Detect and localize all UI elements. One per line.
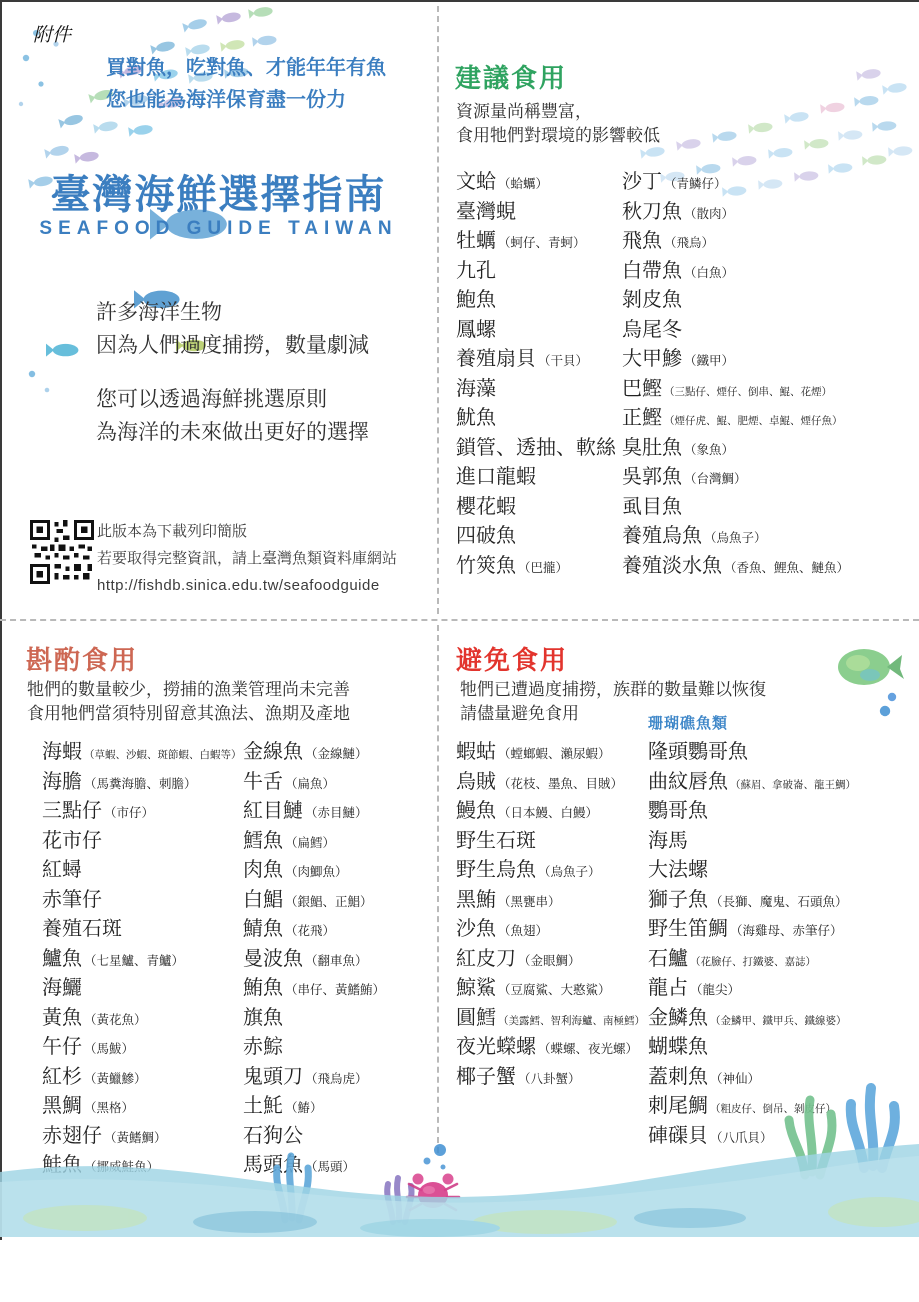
list-item: 烏賊（花枝、墨魚、目賊） — [456, 768, 645, 798]
paragraph-line: 因為人們過度捕撈，數量劇減 — [96, 329, 369, 362]
species-name: 烏賊 — [456, 771, 496, 793]
species-name: 野生石斑 — [456, 830, 536, 852]
species-name: 蝦蛄 — [456, 741, 496, 763]
species-name: 野生烏魚 — [456, 859, 536, 881]
species-name: 巴鰹 — [622, 378, 662, 400]
species-name: 四破魚 — [456, 525, 516, 547]
section-desc-recommended: 資源量尚稱豐富， 食用牠們對環境的影響較低 — [456, 100, 660, 148]
intro-line1: 買對魚，吃對魚、才能年年有魚 — [106, 52, 386, 84]
list-item: 養殖烏魚（烏魚子） — [622, 522, 849, 552]
list-item: 金線魚（金線鰱） — [243, 738, 385, 768]
species-name: 旗魚 — [243, 1007, 283, 1029]
list-item: 鎖管、透抽、軟絲 — [456, 434, 618, 464]
species-name: 秋刀魚 — [622, 201, 682, 223]
list-item: 蝴蝶魚 — [648, 1033, 856, 1063]
species-alias: （煙仔虎、鯤、肥煙、卓鯤、煙仔魚） — [664, 415, 843, 427]
desc-line: 牠們已遭過度捕撈，族群的數量難以恢復 — [460, 678, 766, 702]
species-name: 赤鯮 — [243, 1036, 283, 1058]
species-name: 正鰹 — [622, 407, 662, 429]
species-alias: （赤目鰱） — [305, 806, 368, 820]
species-alias: （豆腐鯊、大憨鯊） — [498, 983, 611, 997]
species-name: 午仔 — [42, 1036, 82, 1058]
list-item: 養殖石斑 — [42, 915, 242, 945]
species-alias: （美露鱈、智利海鱸、南極鱈） — [498, 1015, 645, 1027]
page-subtitle: SEAFOOD GUIDE TAIWAN — [0, 218, 437, 240]
section-desc-moderate: 牠們的數量較少，撈捕的漁業管理尚未完善 食用牠們當須特別留意其漁法、漁期及產地 — [27, 678, 350, 726]
species-alias: （肉鯽魚） — [285, 865, 348, 879]
avoid-column-1: 蝦蛄（螳螂蝦、瀨尿蝦） 烏賊（花枝、墨魚、目賊） 鰻魚（日本鰻、白鰻） 野生石斑… — [456, 738, 645, 1092]
list-item: 虱目魚 — [622, 493, 849, 523]
paragraph-line: 您可以透過海鮮挑選原則 — [96, 383, 369, 416]
list-item: 烏尾冬 — [622, 316, 849, 346]
species-name: 剝皮魚 — [622, 289, 682, 311]
list-item: 白帶魚（白魚） — [622, 257, 849, 287]
list-item: 海膽（馬糞海膽、刺膽） — [42, 768, 242, 798]
list-item: 大法螺 — [648, 856, 856, 886]
species-name: 櫻花蝦 — [456, 496, 516, 518]
desc-line: 資源量尚稱豐富， — [456, 100, 660, 124]
list-item: 曲紋唇魚（蘇眉、拿破崙、龍王鯛） — [648, 768, 856, 798]
species-name: 吳郭魚 — [622, 466, 682, 488]
species-name: 海蝦 — [42, 741, 82, 763]
species-name: 海藻 — [456, 378, 496, 400]
list-item: 沙魚（魚翅） — [456, 915, 645, 945]
divider-horizontal — [0, 619, 919, 621]
list-item: 午仔（馬鮁） — [42, 1033, 242, 1063]
divider-vertical-bottom — [437, 625, 439, 1153]
species-alias: （龍尖） — [690, 983, 740, 997]
species-name: 沙丁 — [622, 171, 662, 193]
divider-vertical-top — [437, 6, 439, 614]
list-item: 金鱗魚（金鱗甲、鐵甲兵、鐵線婆） — [648, 1004, 856, 1034]
species-alias: （金鱗甲、鐵甲兵、鐵線婆） — [710, 1015, 847, 1027]
desc-line: 食用牠們當須特別留意其漁法、漁期及產地 — [27, 702, 350, 726]
list-item: 鰻魚（日本鰻、白鰻） — [456, 797, 645, 827]
list-item: 海馬 — [648, 827, 856, 857]
attachment-label: 附件 — [33, 20, 71, 47]
species-name: 沙魚 — [456, 918, 496, 940]
species-name: 牡蠣 — [456, 230, 496, 252]
list-item: 文蛤（蛤蠣） — [456, 168, 618, 198]
species-name: 鱸魚 — [42, 948, 82, 970]
species-alias: （巴攏） — [518, 561, 568, 575]
list-item: 吳郭魚（台灣鯛） — [622, 463, 849, 493]
species-name: 鎖管、透抽、軟絲 — [456, 437, 616, 459]
list-item: 飛魚（飛烏） — [622, 227, 849, 257]
list-item: 臭肚魚（象魚） — [622, 434, 849, 464]
species-name: 野生笛鯛 — [648, 918, 728, 940]
list-item: 養殖扇貝（干貝） — [456, 345, 618, 375]
list-item: 九孔 — [456, 257, 618, 287]
species-alias: （馬糞海膽、刺膽） — [84, 777, 197, 791]
species-alias: （金眼鯛） — [518, 954, 581, 968]
species-name: 曲紋唇魚 — [648, 771, 728, 793]
species-alias: （花飛） — [285, 924, 335, 938]
species-name: 牛舌 — [243, 771, 283, 793]
list-item: 鮪魚（串仔、黃鰭鮪） — [243, 974, 385, 1004]
list-item: 鯨鯊（豆腐鯊、大憨鯊） — [456, 974, 645, 1004]
list-item: 蝦蛄（螳螂蝦、瀨尿蝦） — [456, 738, 645, 768]
species-alias: （烏魚子） — [538, 865, 601, 879]
species-name: 鳳螺 — [456, 319, 496, 341]
list-item: 牡蠣（蚵仔、青蚵） — [456, 227, 618, 257]
recommended-column-2: 沙丁（青鱗仔） 秋刀魚（散肉） 飛魚（飛烏） 白帶魚（白魚） 剝皮魚 烏尾冬 大… — [622, 168, 849, 581]
list-item: 鱈魚（扁鱈） — [243, 827, 385, 857]
species-name: 魷魚 — [456, 407, 496, 429]
species-alias: （日本鰻、白鰻） — [498, 806, 598, 820]
list-item: 圓鱈（美露鱈、智利海鱸、南極鱈） — [456, 1004, 645, 1034]
list-item: 旗魚 — [243, 1004, 385, 1034]
list-item: 紅蟳 — [42, 856, 242, 886]
green-fish-icon — [830, 645, 915, 730]
species-alias: （扁鱈） — [285, 836, 335, 850]
recommended-column-1: 文蛤（蛤蠣） 臺灣蜆 牡蠣（蚵仔、青蚵） 九孔 鮑魚 鳳螺 養殖扇貝（干貝） 海… — [456, 168, 618, 581]
species-name: 紅皮刀 — [456, 948, 516, 970]
list-item: 獅子魚（長獅、魔鬼、石頭魚） — [648, 886, 856, 916]
intro-paragraph-2: 您可以透過海鮮挑選原則 為海洋的未來做出更好的選擇 — [96, 383, 369, 449]
list-item: 肉魚（肉鯽魚） — [243, 856, 385, 886]
list-item: 赤鯮 — [243, 1033, 385, 1063]
species-alias: （象魚） — [684, 443, 734, 457]
list-item: 花市仔 — [42, 827, 242, 857]
species-alias: （馬鮁） — [84, 1042, 134, 1056]
species-name: 九孔 — [456, 260, 496, 282]
list-item: 魷魚 — [456, 404, 618, 434]
list-item: 隆頭鸚哥魚 — [648, 738, 856, 768]
list-item: 紅目鰱（赤目鰱） — [243, 797, 385, 827]
species-name: 赤筆仔 — [42, 889, 102, 911]
list-item: 白鯧（銀鯧、正鯧） — [243, 886, 385, 916]
list-item: 秋刀魚（散肉） — [622, 198, 849, 228]
section-title-avoid: 避免食用 — [456, 640, 568, 677]
list-item: 進口龍蝦 — [456, 463, 618, 493]
species-name: 鯖魚 — [243, 918, 283, 940]
species-alias: （台灣鯛） — [684, 472, 747, 486]
species-name: 養殖石斑 — [42, 918, 122, 940]
species-name: 鱈魚 — [243, 830, 283, 852]
list-item: 夜光蠑螺（蝶螺、夜光螺） — [456, 1033, 645, 1063]
species-name: 紅目鰱 — [243, 800, 303, 822]
list-item: 鮑魚 — [456, 286, 618, 316]
species-alias: （蛤蠣） — [498, 177, 548, 191]
paragraph-line: 許多海洋生物 — [96, 296, 369, 329]
list-item: 鸚哥魚 — [648, 797, 856, 827]
species-alias: （黃花魚） — [84, 1013, 147, 1027]
intro-paragraph-1: 許多海洋生物 因為人們過度捕撈，數量劇減 — [96, 296, 369, 362]
species-name: 曼波魚 — [243, 948, 303, 970]
species-alias: （蘇眉、拿破崙、龍王鯛） — [730, 779, 856, 791]
species-alias: （黑甕串） — [498, 895, 561, 909]
species-name: 鸚哥魚 — [648, 800, 708, 822]
species-alias: （鐵甲） — [684, 354, 734, 368]
species-name: 養殖淡水魚 — [622, 555, 722, 577]
species-name: 三點仔 — [42, 800, 102, 822]
list-item: 海鱺 — [42, 974, 242, 1004]
species-name: 白鯧 — [243, 889, 283, 911]
species-name: 大法螺 — [648, 859, 708, 881]
species-name: 肉魚 — [243, 859, 283, 881]
species-alias: （海雞母、赤筆仔） — [730, 924, 843, 938]
species-name: 鮑魚 — [456, 289, 496, 311]
species-alias: （銀鯧、正鯧） — [285, 895, 373, 909]
list-item: 大甲鰺（鐵甲） — [622, 345, 849, 375]
species-alias: （白魚） — [684, 266, 734, 280]
species-alias: （扁魚） — [285, 777, 335, 791]
species-alias: （螳螂蝦、瀨尿蝦） — [498, 747, 611, 761]
species-name: 蝴蝶魚 — [648, 1036, 708, 1058]
species-name: 鯨鯊 — [456, 977, 496, 999]
species-alias: （市仔） — [104, 806, 154, 820]
species-name: 金線魚 — [243, 741, 303, 763]
species-alias: （草蝦、沙蝦、斑節蝦、白蝦等） — [84, 749, 242, 761]
species-name: 烏尾冬 — [622, 319, 682, 341]
species-name: 鰻魚 — [456, 800, 496, 822]
species-name: 文蛤 — [456, 171, 496, 193]
species-alias: （魚翅） — [498, 924, 548, 938]
species-name: 隆頭鸚哥魚 — [648, 741, 748, 763]
list-item: 正鰹（煙仔虎、鯤、肥煙、卓鯤、煙仔魚） — [622, 404, 849, 434]
qr-caption-line2: 若要取得完整資訊，請上臺灣魚類資料庫網站 — [97, 545, 397, 572]
species-alias: （烏魚子） — [704, 531, 767, 545]
species-name: 海膽 — [42, 771, 82, 793]
species-name: 龍占 — [648, 977, 688, 999]
list-item: 鱸魚（七星鱸、青鱸） — [42, 945, 242, 975]
list-item: 巴鰹（三點仔、煙仔、倒串、鯤、花煙） — [622, 375, 849, 405]
list-item: 牛舌（扁魚） — [243, 768, 385, 798]
list-item: 野生烏魚（烏魚子） — [456, 856, 645, 886]
species-name: 海鱺 — [42, 977, 82, 999]
species-alias: （花臉仔、打鐵婆、嘉誌） — [690, 956, 816, 968]
species-alias: （青鱗仔） — [664, 177, 727, 191]
list-item: 櫻花蝦 — [456, 493, 618, 523]
species-alias: （三點仔、煙仔、倒串、鯤、花煙） — [664, 386, 832, 398]
list-item: 曼波魚（翻車魚） — [243, 945, 385, 975]
species-alias: （散肉） — [684, 207, 734, 221]
desc-line: 食用牠們對環境的影響較低 — [456, 124, 660, 148]
species-name: 虱目魚 — [622, 496, 682, 518]
list-item: 剝皮魚 — [622, 286, 849, 316]
qr-caption-line1: 此版本為下載列印簡版 — [97, 518, 397, 545]
list-item: 石鱸（花臉仔、打鐵婆、嘉誌） — [648, 945, 856, 975]
list-item: 鯖魚（花飛） — [243, 915, 385, 945]
list-item: 養殖淡水魚（香魚、鯉魚、鰱魚） — [622, 552, 849, 582]
species-name: 白帶魚 — [622, 260, 682, 282]
species-alias: （七星鱸、青鱸） — [84, 954, 184, 968]
section-title-moderate: 斟酌食用 — [26, 640, 138, 677]
species-name: 金鱗魚 — [648, 1007, 708, 1029]
list-item: 野生石斑 — [456, 827, 645, 857]
list-item: 紅皮刀（金眼鯛） — [456, 945, 645, 975]
species-alias: （香魚、鯉魚、鰱魚） — [724, 561, 849, 575]
species-name: 臺灣蜆 — [456, 201, 516, 223]
coral-reef-label: 珊瑚礁魚類 — [648, 712, 728, 733]
species-alias: （花枝、墨魚、目賊） — [498, 777, 623, 791]
list-item: 鳳螺 — [456, 316, 618, 346]
intro-line2: 您也能為海洋保育盡一份力 — [106, 84, 386, 116]
species-alias: （干貝） — [538, 354, 588, 368]
species-alias: （金線鰱） — [305, 747, 368, 761]
species-name: 大甲鰺 — [622, 348, 682, 370]
list-item: 黃魚（黃花魚） — [42, 1004, 242, 1034]
desc-line: 牠們的數量較少，撈捕的漁業管理尚未完善 — [27, 678, 350, 702]
list-item: 竹筴魚（巴攏） — [456, 552, 618, 582]
species-name: 海馬 — [648, 830, 688, 852]
species-name: 夜光蠑螺 — [456, 1036, 536, 1058]
paragraph-line: 為海洋的未來做出更好的選擇 — [96, 416, 369, 449]
list-item: 沙丁（青鱗仔） — [622, 168, 849, 198]
species-alias: （長獅、魔鬼、石頭魚） — [710, 895, 848, 909]
list-item: 海藻 — [456, 375, 618, 405]
list-item: 三點仔（市仔） — [42, 797, 242, 827]
seafloor-decoration — [0, 1080, 919, 1240]
list-item: 龍占（龍尖） — [648, 974, 856, 1004]
species-name: 進口龍蝦 — [456, 466, 536, 488]
species-alias: （串仔、黃鰭鮪） — [285, 983, 385, 997]
list-item: 海蝦（草蝦、沙蝦、斑節蝦、白蝦等） — [42, 738, 242, 768]
page-title: 臺灣海鮮選擇指南 — [0, 163, 437, 220]
species-name: 圓鱈 — [456, 1007, 496, 1029]
species-name: 飛魚 — [622, 230, 662, 252]
species-name: 臭肚魚 — [622, 437, 682, 459]
species-name: 石鱸 — [648, 948, 688, 970]
species-name: 獅子魚 — [648, 889, 708, 911]
species-name: 紅蟳 — [42, 859, 82, 881]
list-item: 四破魚 — [456, 522, 618, 552]
fishdb-url[interactable]: http://fishdb.sinica.edu.tw/seafoodguide — [97, 572, 397, 599]
species-name: 鮪魚 — [243, 977, 283, 999]
species-name: 花市仔 — [42, 830, 102, 852]
intro-text: 買對魚，吃對魚、才能年年有魚 您也能為海洋保育盡一份力 — [106, 52, 386, 116]
qr-caption: 此版本為下載列印簡版 若要取得完整資訊，請上臺灣魚類資料庫網站 http://f… — [97, 518, 397, 599]
species-name: 養殖烏魚 — [622, 525, 702, 547]
species-name: 黑鮪 — [456, 889, 496, 911]
species-alias: （飛烏） — [664, 236, 714, 250]
list-item: 赤筆仔 — [42, 886, 242, 916]
list-item: 臺灣蜆 — [456, 198, 618, 228]
list-item: 黑鮪（黑甕串） — [456, 886, 645, 916]
species-name: 黃魚 — [42, 1007, 82, 1029]
species-name: 竹筴魚 — [456, 555, 516, 577]
species-name: 養殖扇貝 — [456, 348, 536, 370]
species-alias: （蝶螺、夜光螺） — [538, 1042, 638, 1056]
species-alias: （蚵仔、青蚵） — [498, 236, 586, 250]
section-title-recommended: 建議食用 — [455, 58, 567, 95]
list-item: 野生笛鯛（海雞母、赤筆仔） — [648, 915, 856, 945]
species-alias: （翻車魚） — [305, 954, 368, 968]
qr-code — [30, 520, 94, 584]
